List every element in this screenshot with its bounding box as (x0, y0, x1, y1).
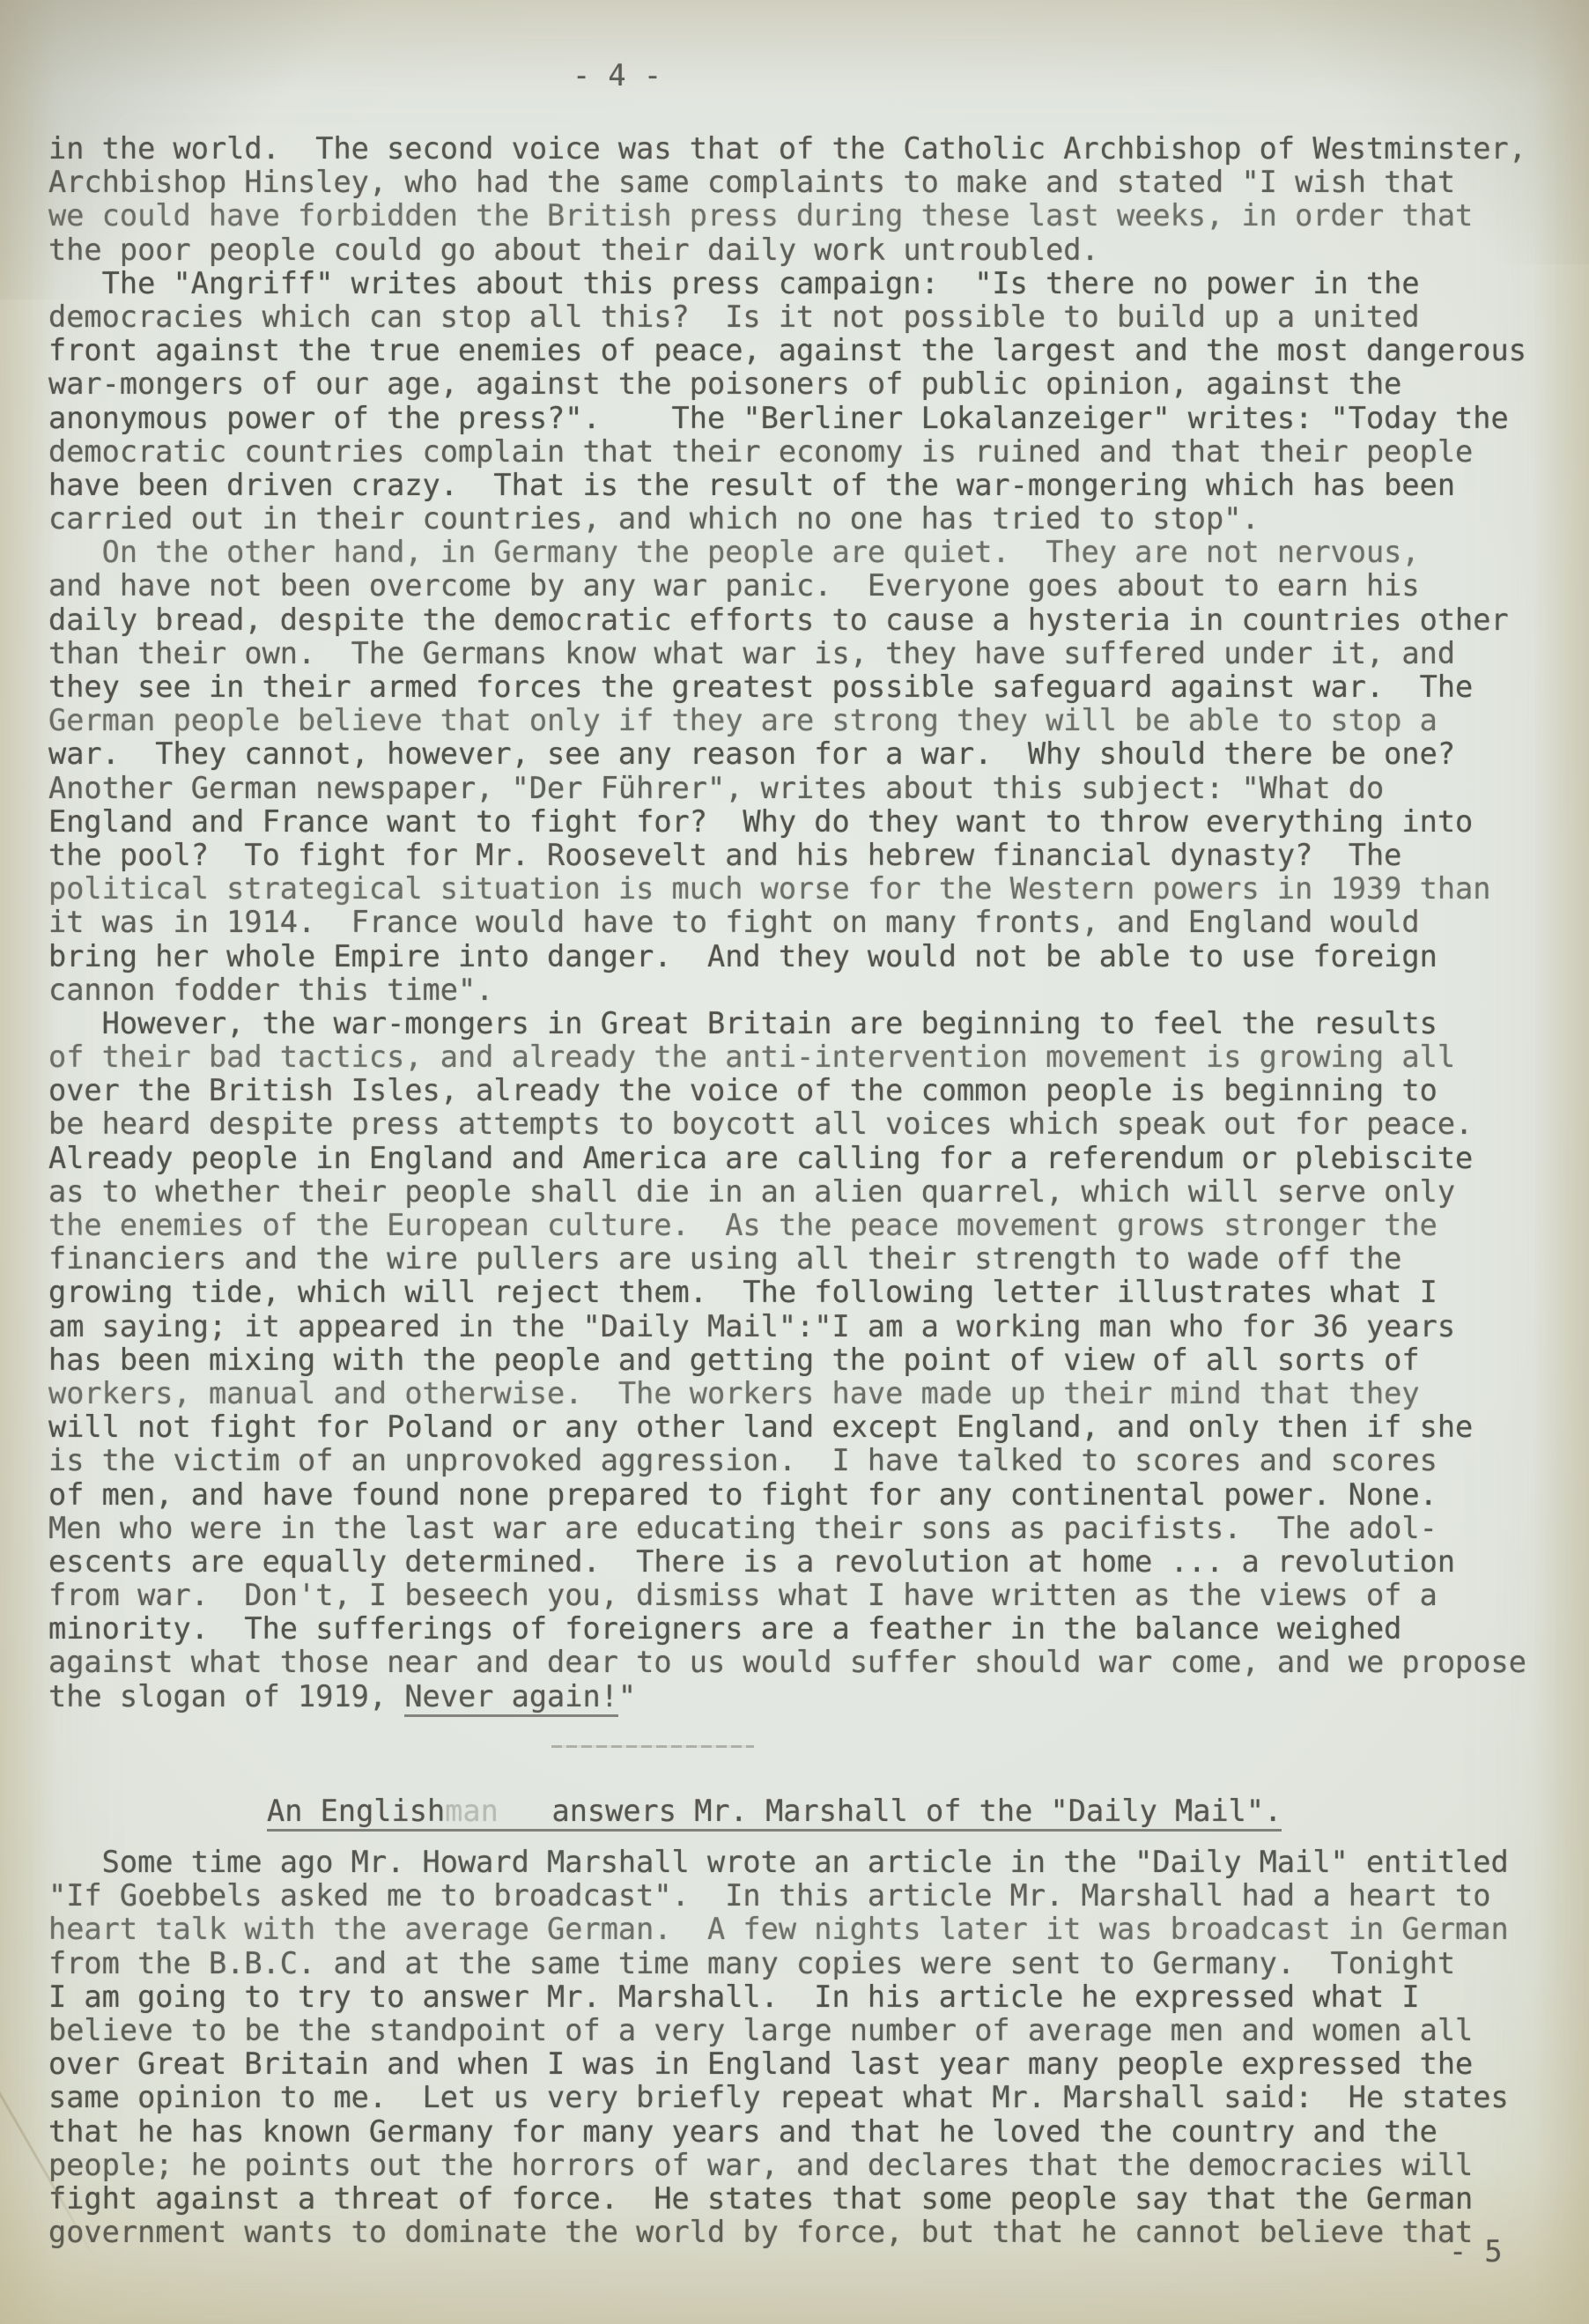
text-line: financiers and the wire pullers are usin… (48, 1242, 1526, 1276)
text-line: than their own. The Germans know what wa… (48, 637, 1526, 670)
text-line: over the British Isles, already the voic… (48, 1074, 1526, 1107)
slogan-suffix: " (618, 1679, 636, 1713)
text-line: anonymous power of the press?". The "Ber… (48, 402, 1526, 435)
document-page: - 4 - in the world. The second voice was… (0, 0, 1589, 2324)
heading-text-faded: man (445, 1794, 499, 1828)
text-line: carried out in their countries, and whic… (48, 502, 1526, 536)
text-line: democracies which can stop all this? Is … (48, 300, 1526, 334)
text-line: German people believe that only if they … (48, 704, 1526, 737)
text-line: and have not been overcome by any war pa… (48, 569, 1526, 603)
text-line: in the world. The second voice was that … (48, 132, 1526, 166)
section-heading: An Englishman answers Mr. Marshall of th… (267, 1793, 1282, 1830)
text-line: against what those near and dear to us w… (48, 1646, 1526, 1679)
text-line: will not fight for Poland or any other l… (48, 1410, 1526, 1444)
text-line: growing tide, which will reject them. Th… (48, 1276, 1526, 1309)
text-line: cannon fodder this time". (48, 973, 1526, 1007)
text-line: war. They cannot, however, see any reaso… (48, 737, 1526, 771)
text-line: from war. Don't, I beseech you, dismiss … (48, 1579, 1526, 1612)
text-line: government wants to dominate the world b… (48, 2216, 1509, 2249)
heading-underline: An Englishman answers Mr. Marshall of th… (267, 1794, 1282, 1832)
slogan-underlined-text: Never again! (404, 1679, 618, 1717)
text-line: political strategical situation is much … (48, 872, 1526, 906)
text-line: Another German newspaper, "Der Führer", … (48, 772, 1526, 805)
text-line: the poor people could go about their dai… (48, 233, 1526, 267)
text-line: However, the war-mongers in Great Britai… (48, 1007, 1526, 1040)
text-line: escents are equally determined. There is… (48, 1545, 1526, 1579)
section-divider-line (551, 1745, 754, 1748)
text-line: Archbishop Hinsley, who had the same com… (48, 166, 1526, 199)
slogan-line: the slogan of 1919, Never again!" (48, 1680, 636, 1713)
text-line: it was in 1914. France would have to fig… (48, 906, 1526, 939)
page-number-top: - 4 - (573, 58, 661, 93)
text-line: daily bread, despite the democratic effo… (48, 603, 1526, 637)
text-line: The "Angriff" writes about this press ca… (48, 267, 1526, 300)
text-line: from the B.B.C. and at the same time man… (48, 1947, 1509, 1980)
text-line: workers, manual and otherwise. The worke… (48, 1377, 1526, 1410)
text-line: On the other hand, in Germany the people… (48, 536, 1526, 569)
text-line: same opinion to me. Let us very briefly … (48, 2081, 1509, 2114)
heading-text-rest: answers Mr. Marshall of the "Daily Mail"… (499, 1794, 1282, 1828)
body-text: in the world. The second voice was that … (48, 132, 1526, 1680)
page-number-bottom: - 5 (1449, 2234, 1503, 2268)
text-line: people; he points out the horrors of war… (48, 2149, 1509, 2182)
text-line: front against the true enemies of peace,… (48, 334, 1526, 367)
text-line: democratic countries complain that their… (48, 435, 1526, 469)
text-line: I am going to try to answer Mr. Marshall… (48, 1980, 1509, 2014)
text-line: that he has known Germany for many years… (48, 2115, 1509, 2149)
text-line: the pool? To fight for Mr. Roosevelt and… (48, 839, 1526, 872)
slogan-prefix: the slogan of 1919, (48, 1679, 404, 1713)
text-line: "If Goebbels asked me to broadcast". In … (48, 1879, 1509, 1913)
text-line: heart talk with the average German. A fe… (48, 1913, 1509, 1946)
text-line: fight against a threat of force. He stat… (48, 2182, 1509, 2216)
text-line: bring her whole Empire into danger. And … (48, 940, 1526, 973)
text-line: of their bad tactics, and already the an… (48, 1040, 1526, 1074)
text-line: am saying; it appeared in the "Daily Mai… (48, 1310, 1526, 1343)
text-line: be heard despite press attempts to boyco… (48, 1107, 1526, 1141)
text-line: over Great Britain and when I was in Eng… (48, 2047, 1509, 2081)
text-line: as to whether their people shall die in … (48, 1175, 1526, 1209)
text-line: the enemies of the European culture. As … (48, 1209, 1526, 1242)
text-line: they see in their armed forces the great… (48, 670, 1526, 704)
text-line: Some time ago Mr. Howard Marshall wrote … (48, 1846, 1509, 1879)
text-line: Already people in England and America ar… (48, 1142, 1526, 1175)
text-line: have been driven crazy. That is the resu… (48, 469, 1526, 502)
text-line: is the victim of an unprovoked aggressio… (48, 1444, 1526, 1477)
text-line: England and France want to fight for? Wh… (48, 805, 1526, 839)
section-text: Some time ago Mr. Howard Marshall wrote … (48, 1846, 1509, 2249)
text-line: Men who were in the last war are educati… (48, 1512, 1526, 1545)
text-line: of men, and have found none prepared to … (48, 1478, 1526, 1512)
text-line: has been mixing with the people and gett… (48, 1343, 1526, 1377)
text-line: war-mongers of our age, against the pois… (48, 367, 1526, 401)
text-line: minority. The sufferings of foreigners a… (48, 1612, 1526, 1646)
text-line: we could have forbidden the British pres… (48, 199, 1526, 233)
text-line: believe to be the standpoint of a very l… (48, 2014, 1509, 2047)
heading-text: An English (267, 1794, 445, 1828)
